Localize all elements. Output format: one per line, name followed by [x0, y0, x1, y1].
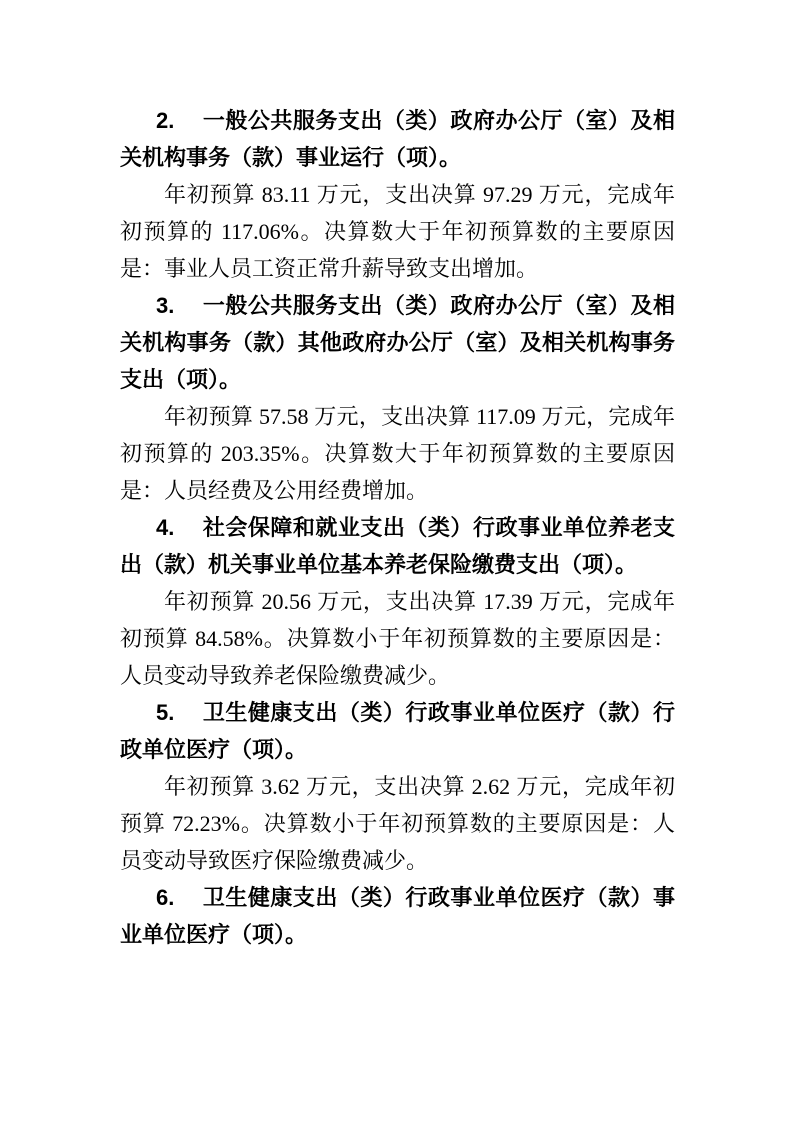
- item-number: 2.: [156, 108, 174, 133]
- item-heading: 2.一般公共服务支出（类）政府办公厅（室）及相关机构事务（款）事业运行（项）。: [120, 102, 675, 176]
- item-title: 卫生健康支出（类）行政事业单位医疗（款）行政单位医疗（项）。: [120, 700, 675, 762]
- item-number: 4.: [156, 515, 174, 540]
- budget-item-5: 5.卫生健康支出（类）行政事业单位医疗（款）行政单位医疗（项）。 年初预算 3.…: [120, 694, 675, 879]
- item-detail: 年初预算 83.11 万元，支出决算 97.29 万元，完成年初预算的 117.…: [120, 176, 675, 287]
- item-detail: 年初预算 3.62 万元，支出决算 2.62 万元，完成年初预算 72.23%。…: [120, 768, 675, 879]
- document-page: 2.一般公共服务支出（类）政府办公厅（室）及相关机构事务（款）事业运行（项）。 …: [0, 0, 793, 1122]
- item-number: 5.: [156, 700, 174, 725]
- item-number: 6.: [156, 885, 174, 910]
- item-title: 一般公共服务支出（类）政府办公厅（室）及相关机构事务（款）其他政府办公厅（室）及…: [120, 293, 675, 392]
- item-detail: 年初预算 57.58 万元，支出决算 117.09 万元，完成年初预算的 203…: [120, 398, 675, 509]
- item-title: 一般公共服务支出（类）政府办公厅（室）及相关机构事务（款）事业运行（项）。: [120, 108, 675, 170]
- item-number: 3.: [156, 293, 174, 318]
- item-heading: 6.卫生健康支出（类）行政事业单位医疗（款）事业单位医疗（项）。: [120, 879, 675, 953]
- item-title: 社会保障和就业支出（类）行政事业单位养老支出（款）机关事业单位基本养老保险缴费支…: [120, 515, 675, 577]
- document-content: 2.一般公共服务支出（类）政府办公厅（室）及相关机构事务（款）事业运行（项）。 …: [0, 0, 793, 953]
- budget-item-3: 3.一般公共服务支出（类）政府办公厅（室）及相关机构事务（款）其他政府办公厅（室…: [120, 287, 675, 509]
- budget-item-6: 6.卫生健康支出（类）行政事业单位医疗（款）事业单位医疗（项）。: [120, 879, 675, 953]
- item-heading: 5.卫生健康支出（类）行政事业单位医疗（款）行政单位医疗（项）。: [120, 694, 675, 768]
- budget-item-2: 2.一般公共服务支出（类）政府办公厅（室）及相关机构事务（款）事业运行（项）。 …: [120, 102, 675, 287]
- item-title: 卫生健康支出（类）行政事业单位医疗（款）事业单位医疗（项）。: [120, 885, 675, 947]
- item-detail: 年初预算 20.56 万元，支出决算 17.39 万元，完成年初预算 84.58…: [120, 583, 675, 694]
- item-heading: 3.一般公共服务支出（类）政府办公厅（室）及相关机构事务（款）其他政府办公厅（室…: [120, 287, 675, 398]
- item-heading: 4.社会保障和就业支出（类）行政事业单位养老支出（款）机关事业单位基本养老保险缴…: [120, 509, 675, 583]
- budget-item-4: 4.社会保障和就业支出（类）行政事业单位养老支出（款）机关事业单位基本养老保险缴…: [120, 509, 675, 694]
